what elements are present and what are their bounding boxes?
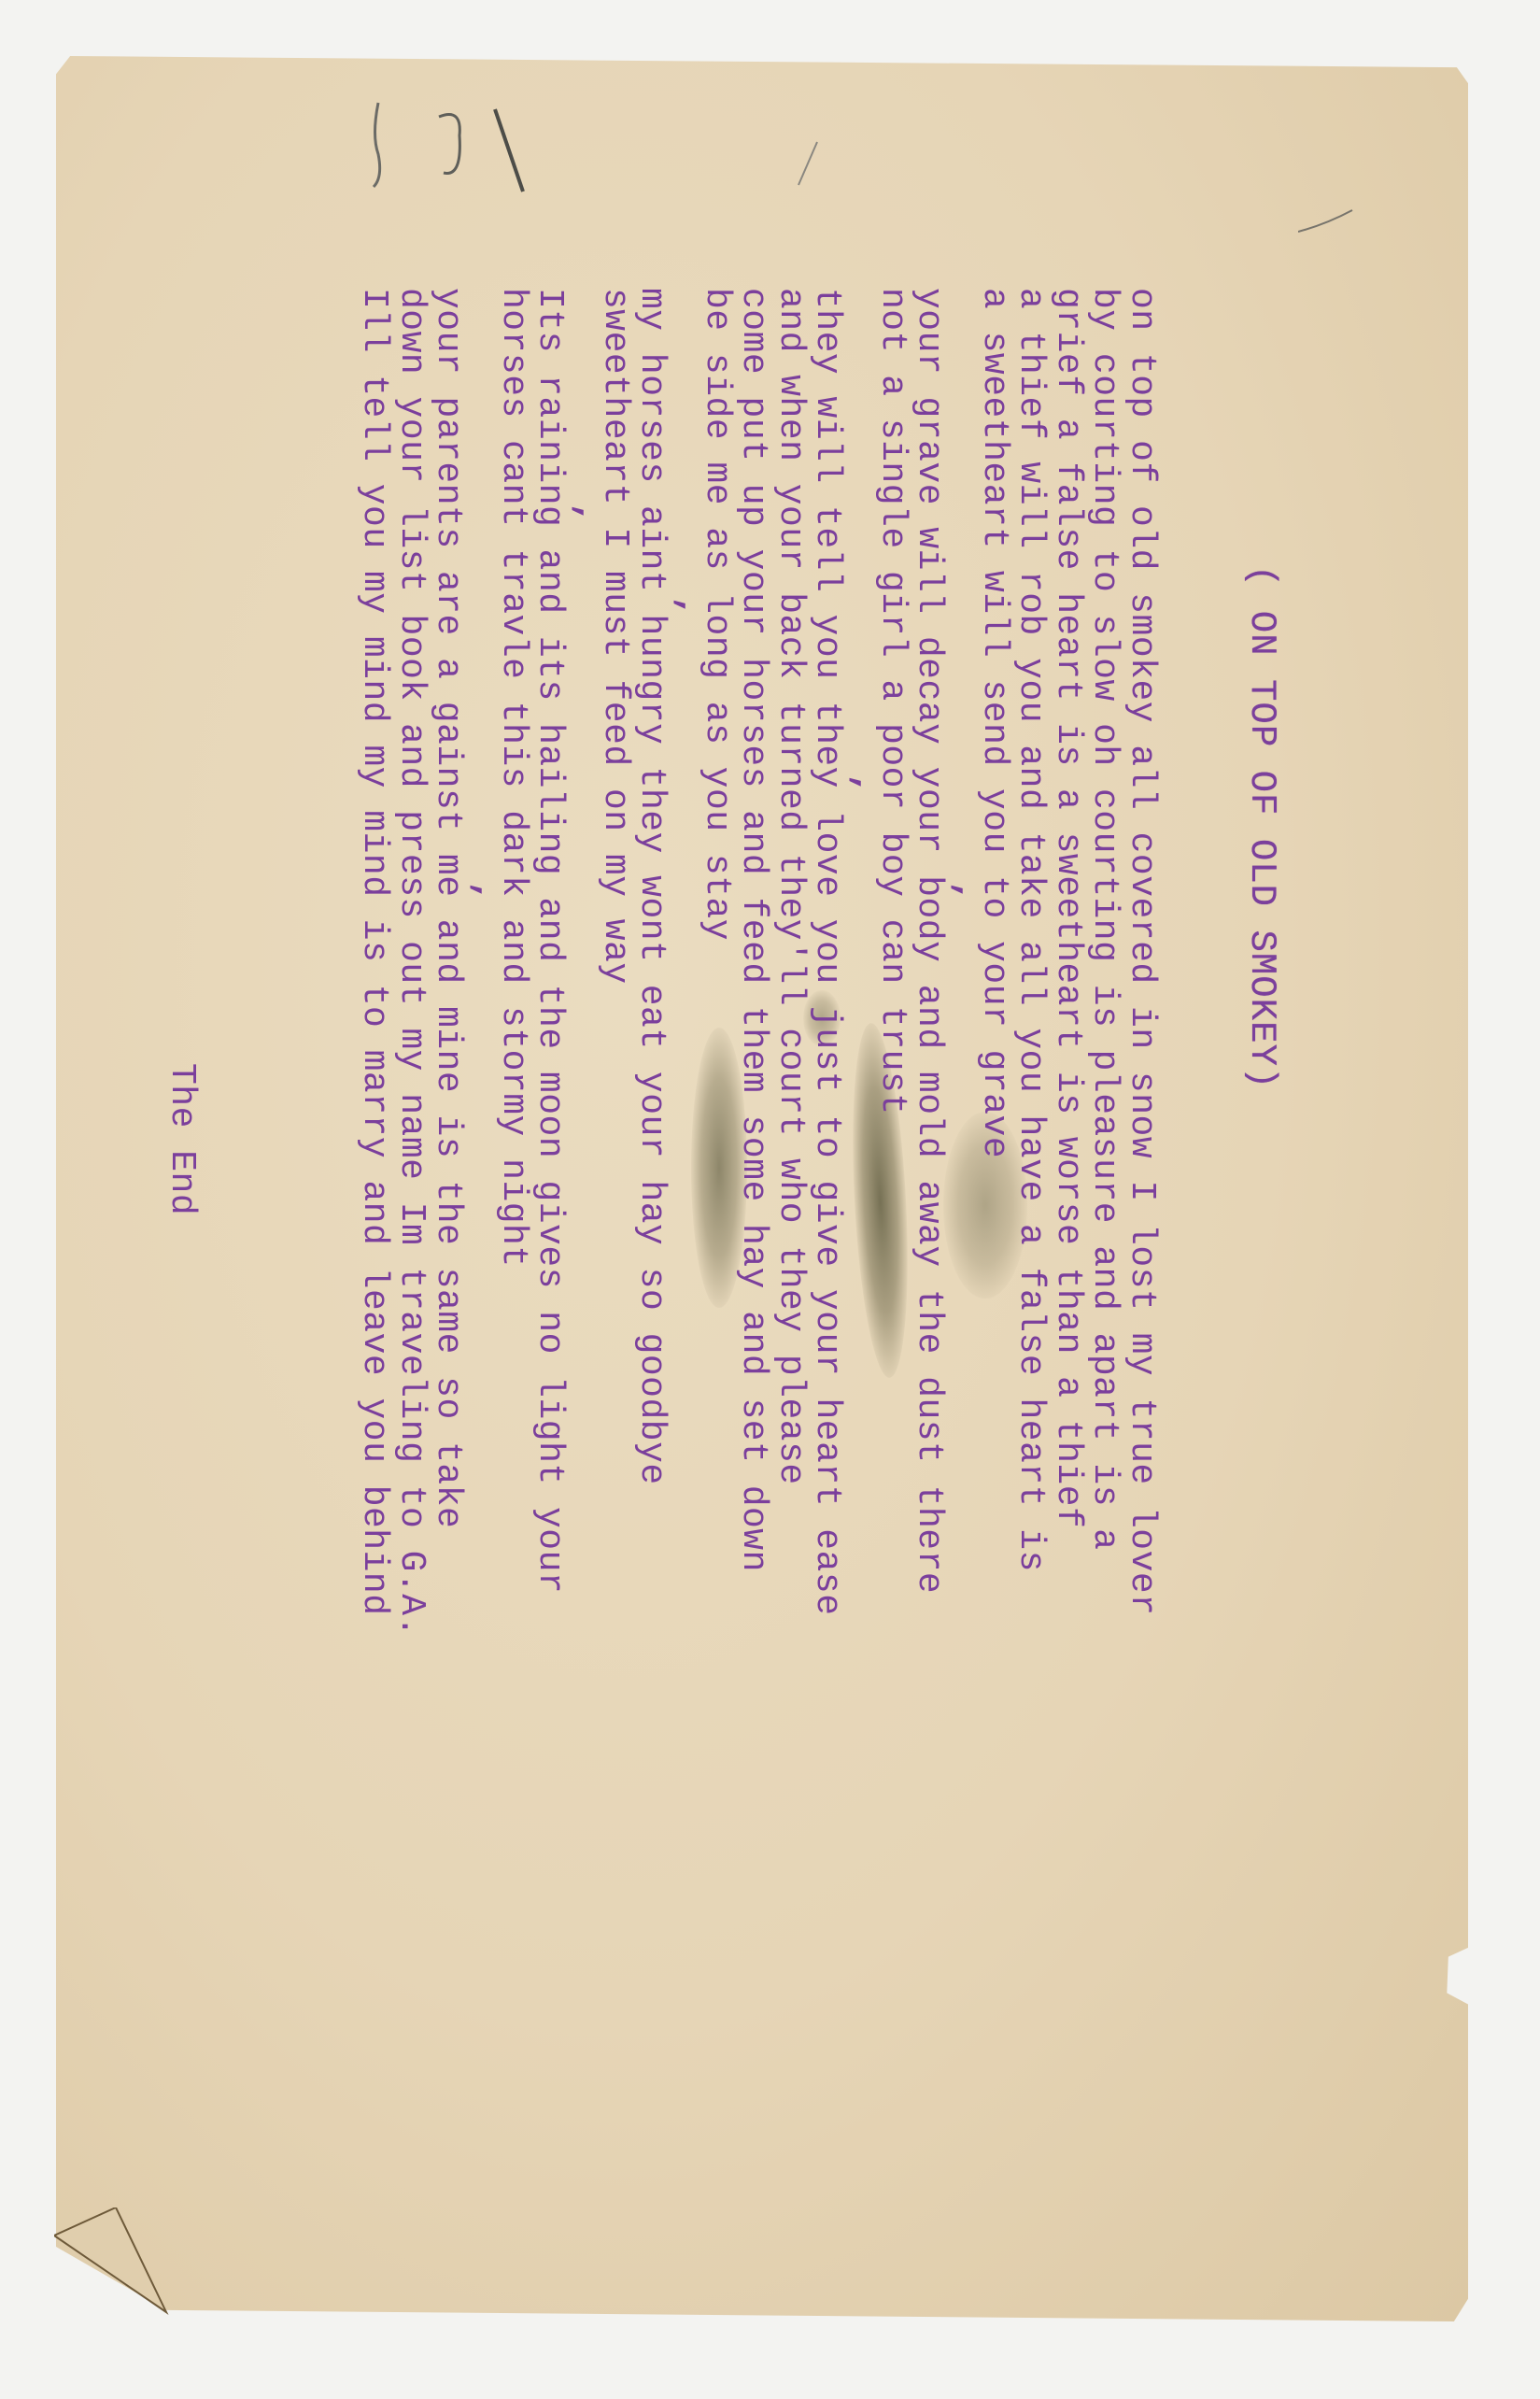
lyric-line: your grave will decay your body and mold… — [911, 288, 948, 1988]
document-title: ( ON TOP OF OLD SMOKEY) — [1243, 565, 1280, 1089]
lyric-line: and when your back turned they'll court … — [772, 288, 810, 1988]
lyric-line: be side me as long as you stay — [699, 288, 736, 1988]
lyrics-body: on top of old smokey all covered in snow… — [356, 288, 1160, 1988]
stanza-1: on top of old smokey all covered in snow… — [948, 288, 1161, 1988]
lyric-line: a thief will rob you and take all you ha… — [1012, 288, 1050, 1988]
lyric-line: by courting to slow oh courting is pleas… — [1086, 288, 1123, 1988]
stanza-6: your parents are a gainst me and mine is… — [356, 288, 467, 1988]
stanza-break-comma: , — [948, 288, 976, 1988]
stanza-break-comma: , — [846, 288, 874, 1988]
lyric-line: not a single girl a poor boy can trust — [874, 288, 911, 1988]
lyric-line: come put up your horses and feed them so… — [735, 288, 772, 1988]
lyric-line: on top of old smokey all covered in snow… — [1123, 288, 1161, 1988]
lyric-line: down your list book and press out my nam… — [393, 288, 431, 1988]
pencil-stroke-small — [794, 140, 822, 187]
lyric-line: Its raining and its hailing and the moon… — [531, 288, 569, 1988]
stanza-3: they will tell you they love you just to… — [671, 288, 846, 1988]
stanza-5: Its raining and its hailing and the moon… — [467, 288, 569, 1988]
typewritten-content: ( ON TOP OF OLD SMOKEY) on top of old sm… — [133, 280, 1300, 2009]
lyric-line: Ill tell you my mind my mind is to marry… — [356, 288, 393, 1988]
lyric-line: grief a false heart is a sweetheart is w… — [1050, 288, 1087, 1988]
stanza-break-comma: , — [671, 288, 699, 1988]
stanza-break-comma: , — [467, 288, 495, 1988]
lyric-line: horses cant travle this dark and stormy … — [495, 288, 532, 1988]
lyric-line: sweetheart I must feed on my way — [597, 288, 634, 1988]
stanza-4: my horses aint hungry they wont eat your… — [569, 288, 671, 1988]
folded-corner — [54, 2207, 171, 2316]
lyric-line: your parents are a gainst me and mine is… — [430, 288, 467, 1988]
lyric-line: they will tell you they love you just to… — [809, 288, 846, 1988]
pencil-page-number — [355, 98, 532, 201]
pencil-stroke — [1298, 206, 1354, 234]
stanza-break-comma: , — [569, 288, 597, 1988]
lyric-line: my horses aint hungry they wont eat your… — [633, 288, 671, 1988]
closing-the-end: The End — [163, 1063, 201, 1215]
lyric-line: a sweetheart will send you to your grave — [976, 288, 1013, 1988]
stanza-2: your grave will decay your body and mold… — [846, 288, 948, 1988]
